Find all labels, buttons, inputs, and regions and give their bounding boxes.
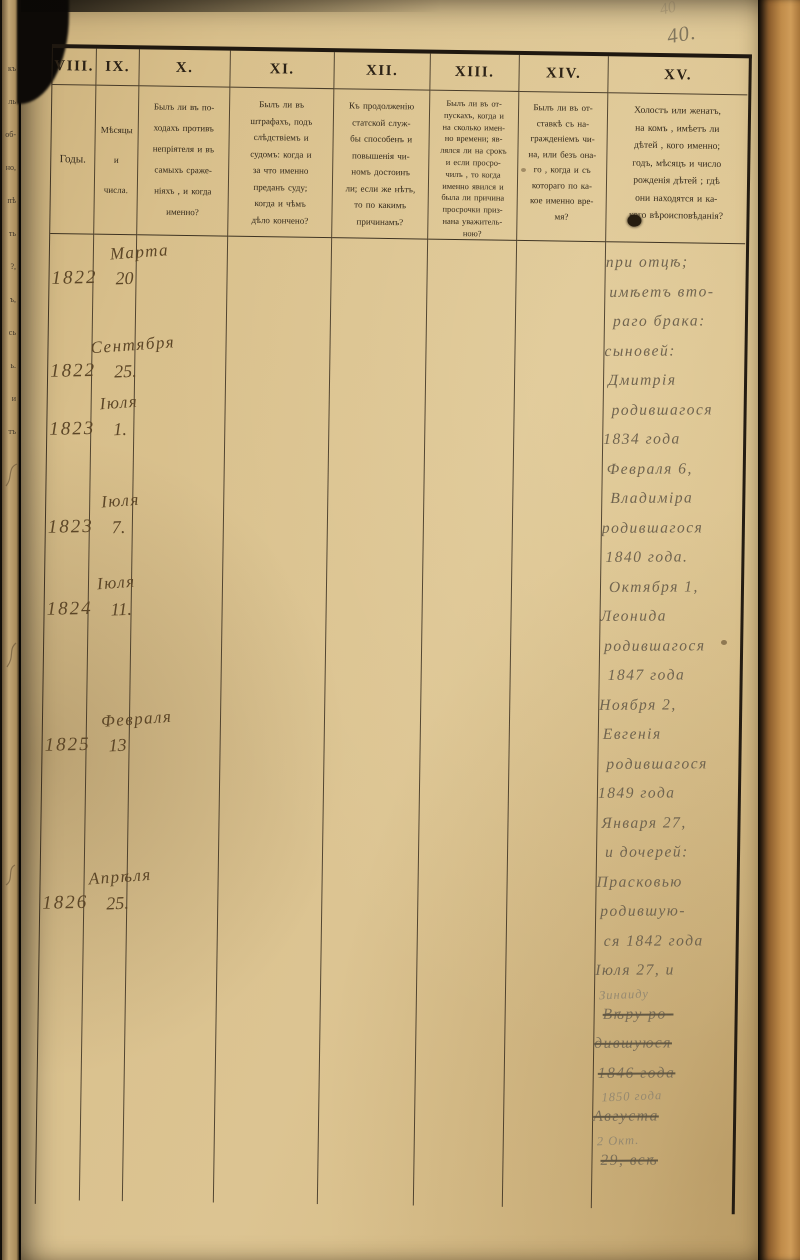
margin-fragment: ь. [2,349,18,382]
column-numeral-6: XIII. [430,54,520,92]
column-numeral-1: VIII. [52,48,97,86]
archival-scan: { "page": { "number_pencil": "40.", "num… [0,0,800,1260]
body-cell-4 [214,237,332,1204]
previous-page-edge: къльоб-но,пѣть?,ъ,сьь.итъ [2,0,19,1260]
column-numeral-2: IX. [96,49,140,87]
column-header-text: Къ продолженію статской служ- бы способе… [344,89,418,238]
column-header-text: Холостъ или женатъ, на комъ , имѣетъ ли … [627,94,727,243]
column-header-text: Былъ ли въ по- ходахъ противъ непріятеля… [151,86,217,235]
column-numeral-label: XIV. [546,65,582,83]
page-sheet: 40 40. VIII.IX.X.XI.XII.XIII.XIV.XV.Годы… [21,0,758,1260]
body-cell-5 [318,238,428,1205]
column-numeral-label: XII. [366,62,399,79]
margin-stroke [3,860,19,890]
column-numeral-7: XIV. [519,55,609,93]
column-header-text: Былъ ли въ штрафахъ, подъ слѣдствіемъ и … [248,88,314,237]
column-numeral-label: XIII. [455,63,495,81]
margin-fragment: ?, [2,250,18,283]
service-record-table: VIII.IX.X.XI.XII.XIII.XIV.XV.Годы.Мѣсяцы… [35,44,752,1214]
column-header-text: Былъ ли въ от- пускахъ, когда и на сколь… [438,91,509,240]
column-numeral-label: XV. [664,67,692,84]
margin-fragment: ль [2,85,18,118]
column-numeral-4: XI. [230,51,335,90]
column-header-8: Холостъ или женатъ, на комъ , имѣетъ ли … [606,93,747,244]
margin-fragment: ть [2,217,18,250]
column-header-4: Былъ ли въ штрафахъ, подъ слѣдствіемъ и … [228,88,334,239]
margin-fragment: пѣ [2,184,18,217]
margin-fragments: къльоб-но,пѣть?,ъ,сьь.итъ [2,52,18,448]
column-header-text: Годы. [59,150,86,168]
top-edge-shadow [21,0,441,12]
column-numeral-5: XII. [334,52,431,90]
margin-fragment: но, [2,151,18,184]
margin-fragment: къ [2,52,18,85]
column-numeral-8: XV. [608,56,748,95]
body-cell-8 [592,242,745,1210]
column-numeral-label: XI. [270,61,295,78]
column-header-7: Былъ ли въ от- ставкѣ съ на- гражденіемъ… [517,92,608,242]
column-numeral-3: X. [139,49,231,87]
margin-stroke [3,640,19,670]
column-header-2: Мѣсяцы и числа. [94,86,139,236]
margin-fragment: и [2,382,18,415]
body-cell-3 [123,235,228,1202]
column-header-5: Къ продолженію статской служ- бы способе… [332,89,430,239]
margin-fragment: сь [2,316,18,349]
column-header-3: Былъ ли въ по- ходахъ противъ непріятеля… [137,86,230,236]
body-cell-6 [414,240,517,1207]
column-numeral-label: X. [176,59,194,76]
column-numeral-label: IX. [105,58,130,75]
column-header-1: Годы. [50,85,96,235]
next-page-edge [758,0,800,1260]
margin-fragment: об- [2,118,18,151]
column-numeral-label: VIII. [54,58,94,76]
page-number-ghost: 40 [658,0,677,19]
column-header-6: Былъ ли въ от- пускахъ, когда и на сколь… [428,91,519,241]
margin-fragment: ъ, [2,283,18,316]
body-cell-7 [503,241,606,1208]
column-header-text: Мѣсяцы и числа. [100,115,133,205]
margin-fragment: тъ [2,415,18,448]
margin-stroke [3,460,19,490]
page-number-pencil: 40. [665,20,698,50]
column-header-text: Былъ ли въ от- ставкѣ съ на- гражденіемъ… [526,92,598,241]
